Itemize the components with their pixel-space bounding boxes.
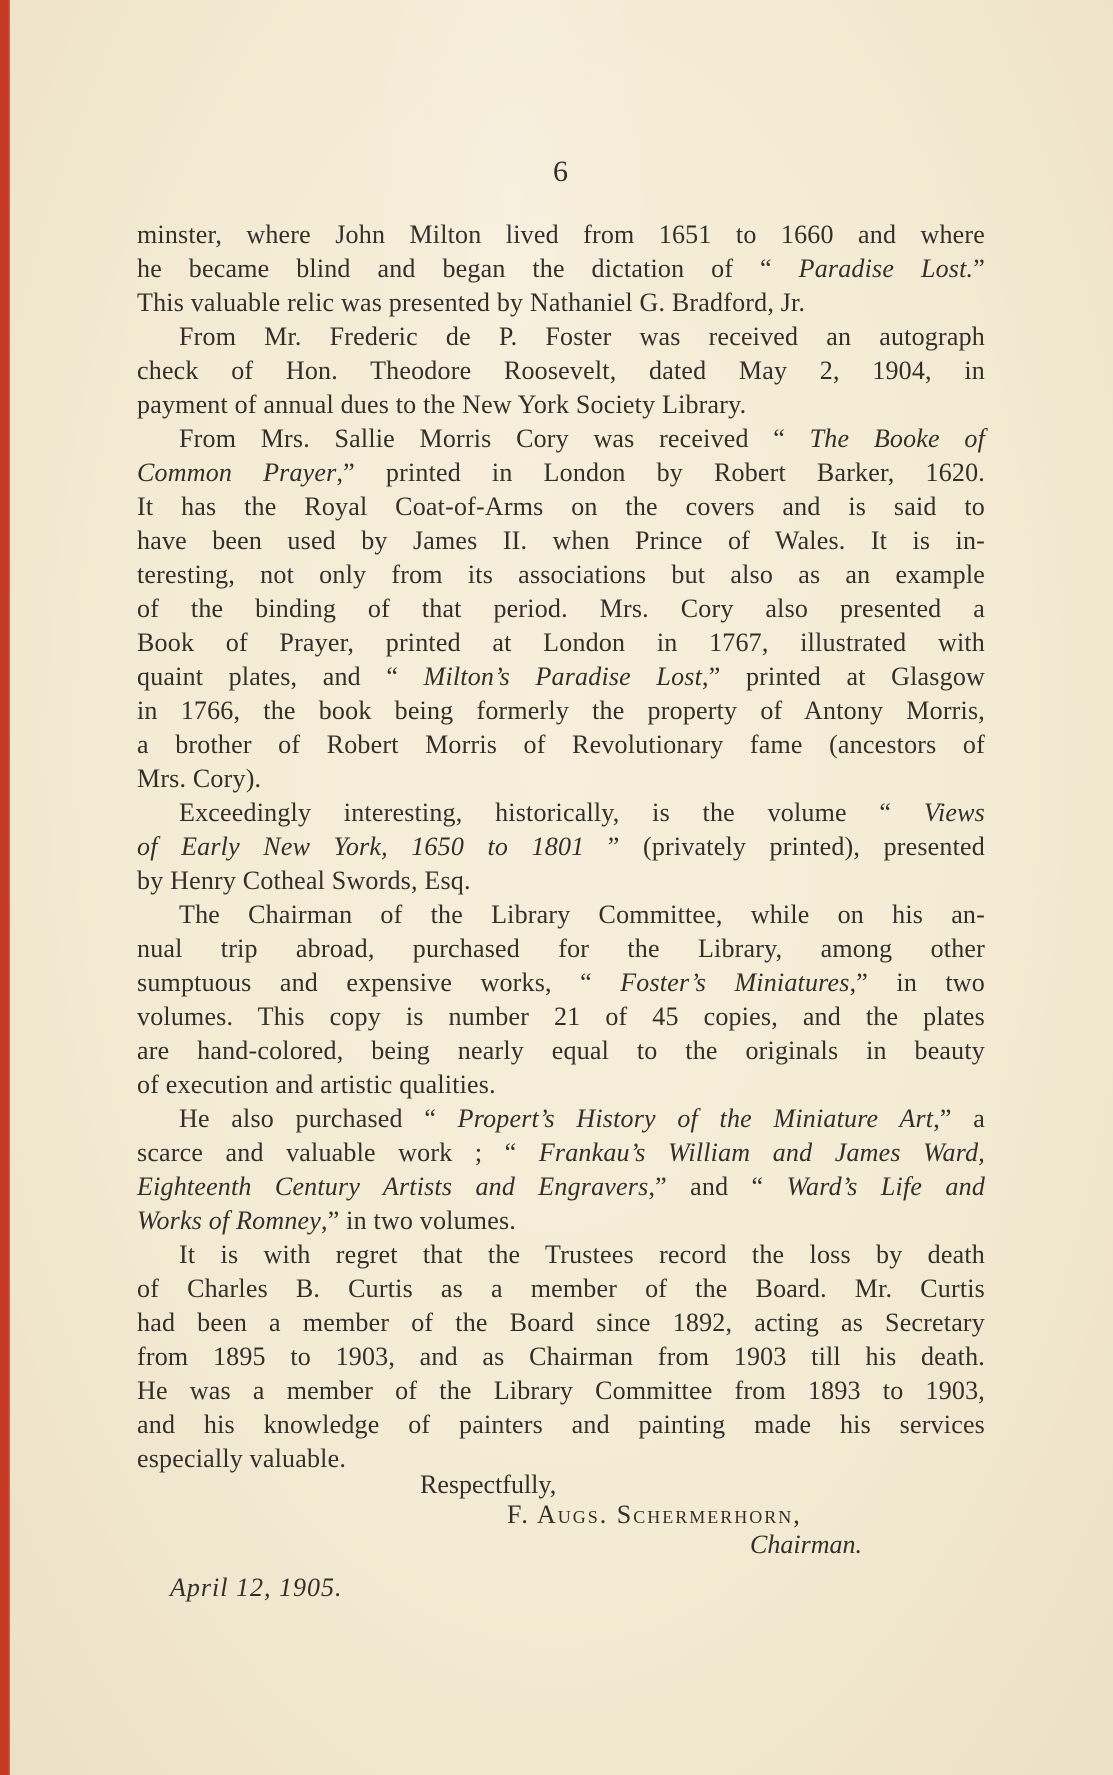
- page-edge-strip: [0, 0, 10, 1775]
- text-line: The Chairman of the Library Committee, w…: [137, 898, 985, 932]
- text-line: Book of Prayer, printed at London in 176…: [137, 626, 985, 660]
- closing-block: Respectfully, F. Augs. Schermerhorn, Cha…: [137, 1470, 985, 1603]
- text-line: sumptuous and expensive works, “ Foster’…: [137, 966, 985, 1000]
- page-content: 6 minster, where John Milton lived from …: [137, 0, 985, 1603]
- text-line: minster, where John Milton lived from 16…: [137, 218, 985, 252]
- page-body: minster, where John Milton lived from 16…: [137, 218, 985, 1476]
- text-line: a brother of Robert Morris of Revolution…: [137, 728, 985, 762]
- text-line: and his knowledge of painters and painti…: [137, 1408, 985, 1442]
- text-line: Mrs. Cory).: [137, 762, 985, 796]
- page-number: 6: [137, 156, 985, 188]
- text-line: have been used by James II. when Prince …: [137, 524, 985, 558]
- text-line: check of Hon. Theodore Roosevelt, dated …: [137, 354, 985, 388]
- text-line: had been a member of the Board since 189…: [137, 1306, 985, 1340]
- text-line: of execution and artistic qualities.: [137, 1068, 985, 1102]
- text-line: He was a member of the Library Committee…: [137, 1374, 985, 1408]
- text-line: by Henry Cotheal Swords, Esq.: [137, 864, 985, 898]
- report-date: April 12, 1905.: [137, 1573, 985, 1603]
- text-line: payment of annual dues to the New York S…: [137, 388, 985, 422]
- text-line: in 1766, the book being formerly the pro…: [137, 694, 985, 728]
- text-line: It is with regret that the Trustees reco…: [137, 1238, 985, 1272]
- text-line: of Early New York, 1650 to 1801 ” (priva…: [137, 830, 985, 864]
- text-line: From Mrs. Sallie Morris Cory was receive…: [137, 422, 985, 456]
- text-line: from 1895 to 1903, and as Chairman from …: [137, 1340, 985, 1374]
- text-line: he became blind and began the dictation …: [137, 252, 985, 286]
- text-line: nual trip abroad, purchased for the Libr…: [137, 932, 985, 966]
- text-line: Exceedingly interesting, historically, i…: [137, 796, 985, 830]
- text-line: of Charles B. Curtis as a member of the …: [137, 1272, 985, 1306]
- text-line: scarce and valuable work ; “ Frankau’s W…: [137, 1136, 985, 1170]
- text-line: Works of Romney,” in two volumes.: [137, 1204, 985, 1238]
- text-line: volumes. This copy is number 21 of 45 co…: [137, 1000, 985, 1034]
- text-line: teresting, not only from its association…: [137, 558, 985, 592]
- text-line: It has the Royal Coat-of-Arms on the cov…: [137, 490, 985, 524]
- text-line: He also purchased “ Propert’s History of…: [137, 1102, 985, 1136]
- text-line: Common Prayer,” printed in London by Rob…: [137, 456, 985, 490]
- text-line: From Mr. Frederic de P. Foster was recei…: [137, 320, 985, 354]
- text-line: of the binding of that period. Mrs. Cory…: [137, 592, 985, 626]
- text-line: Eighteenth Century Artists and Engravers…: [137, 1170, 985, 1204]
- text-line: quaint plates, and “ Milton’s Paradise L…: [137, 660, 985, 694]
- text-line: This valuable relic was presented by Nat…: [137, 286, 985, 320]
- signature-title: Chairman.: [137, 1530, 985, 1560]
- text-line: are hand-colored, being nearly equal to …: [137, 1034, 985, 1068]
- signature-name: F. Augs. Schermerhorn,: [137, 1500, 985, 1530]
- book-page: 6 minster, where John Milton lived from …: [0, 0, 1113, 1775]
